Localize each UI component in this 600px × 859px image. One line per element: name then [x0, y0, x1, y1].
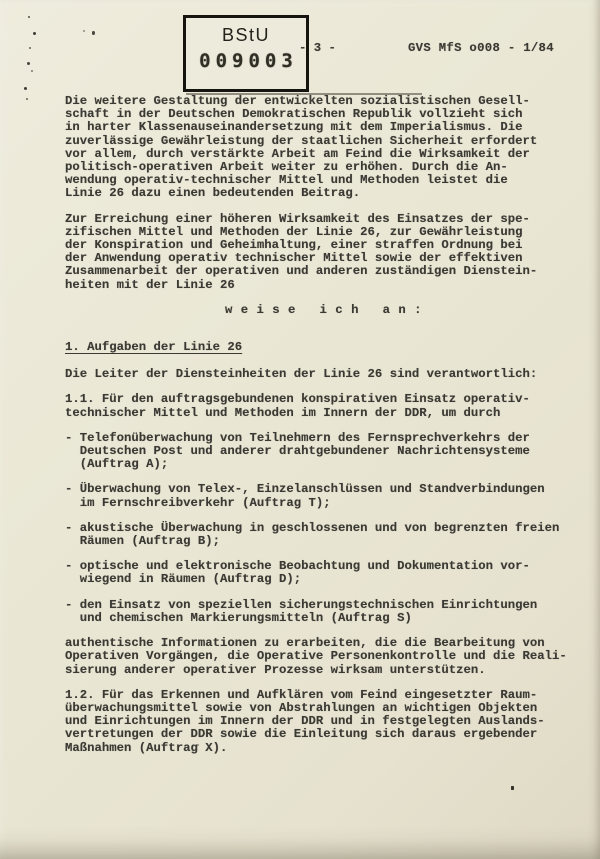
section-1-heading-text: 1. Aufgaben der Linie 26	[65, 340, 242, 354]
bstu-stamp: BStU 009003	[183, 15, 309, 92]
bullet-auftrag-a: - Telefonüberwachung von Teilnehmern des…	[65, 432, 580, 472]
paragraph-purpose: authentische Informationen zu erarbeiten…	[65, 637, 580, 677]
scan-speck	[341, 97, 343, 99]
paragraph-intro-2: Zur Erreichung einer höheren Wirksamkeit…	[65, 213, 580, 292]
scan-speck	[92, 31, 95, 35]
stamp-serial-number: 009003	[186, 50, 306, 72]
scan-speck	[31, 70, 33, 72]
scan-speck	[26, 98, 28, 100]
scan-speck	[197, 744, 199, 746]
scan-speck	[24, 87, 27, 90]
scan-speck	[28, 16, 30, 18]
document-reference: GVS MfS o008 - 1/84	[408, 41, 554, 55]
bullet-auftrag-t: - Überwachung von Telex-, Einzelanschlüs…	[65, 483, 580, 509]
bullet-auftrag-b: - akustische Überwachung in geschlossene…	[65, 522, 580, 548]
item-1-1: 1.1. Für den auftragsgebundenen konspira…	[65, 393, 580, 419]
scan-speck	[33, 32, 36, 35]
document-body: Die weitere Gestaltung der entwickelten …	[65, 95, 580, 767]
scanned-document-page: BStU 009003 - 3 - GVS MfS o008 - 1/84 Di…	[0, 0, 600, 859]
section-1-intro: Die Leiter der Diensteinheiten der Linie…	[65, 368, 580, 381]
section-1-heading: 1. Aufgaben der Linie 26	[65, 341, 580, 354]
scan-speck	[511, 786, 514, 790]
bullet-auftrag-s: - den Einsatz von speziellen sicherungst…	[65, 599, 580, 625]
page-number: - 3 -	[299, 41, 336, 55]
scan-speck	[27, 62, 30, 65]
bullet-auftrag-d: - optische und elektronische Beobachtung…	[65, 560, 580, 586]
stamp-org-label: BStU	[186, 25, 306, 46]
scan-speck	[29, 47, 31, 49]
paragraph-intro-1: Die weitere Gestaltung der entwickelten …	[65, 95, 580, 201]
directive-line: w e i s e i c h a n :	[65, 304, 580, 317]
scan-speck	[83, 30, 85, 32]
item-1-2: 1.2. Für das Erkennen und Aufklären vom …	[65, 689, 580, 755]
